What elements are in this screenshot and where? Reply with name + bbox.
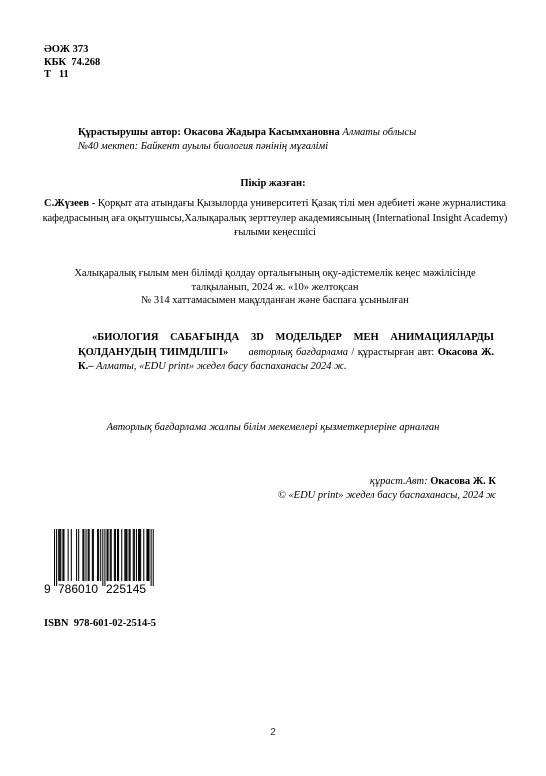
review-heading: Пікір жазған: <box>0 178 546 189</box>
author-label: Құрастырушы автор: <box>78 127 181 138</box>
approval-line-2: талқыланып, 2024 ж. «10» желтоқсан <box>40 281 510 295</box>
title-separator: / <box>348 347 358 358</box>
compiler-name-part1: Окасова Ж. <box>438 347 494 358</box>
copyright-block: құраст.Авт: Окасова Ж. К © «EDU print» ж… <box>278 475 496 503</box>
bibliographic-title-block: «БИОЛОГИЯ САБАҒЫНДА 3D МОДЕЛЬДЕР МЕН АНИ… <box>78 331 494 375</box>
classification-codes: ӘОЖ 373 КБК 74.268 Т 11 <box>44 44 100 82</box>
author-block: Құрастырушы автор: Окасова Жадыра Касымх… <box>78 126 518 154</box>
compiler-label: құраст.Авт: <box>370 476 428 487</box>
author-name: Окасова Жадыра Касымхановна <box>184 127 340 138</box>
program-type: авторлық бағдарлама <box>249 347 348 358</box>
compiler-name: Окасова Ж. К <box>430 476 496 487</box>
compiled-by-label: құрастырған авт: <box>358 347 438 358</box>
reviewer-block: С.Жүзеев - Қорқыт ата атындағы Қызылорда… <box>40 197 510 241</box>
reviewer-name: С.Жүзеев <box>44 198 89 209</box>
svg-text:786010: 786010 <box>58 582 98 595</box>
title-line-2: ҚОЛДАНУДЫҢ ТИІМДІЛІГІ» <box>78 347 228 358</box>
title-line-1: «БИОЛОГИЯ САБАҒЫНДА 3D МОДЕЛЬДЕР МЕН АНИ… <box>78 331 494 346</box>
approval-block: Халықаралық ғылым мен білімді қолдау орт… <box>40 267 510 308</box>
author-place: Алматы облысы <box>342 127 416 138</box>
approval-line-3: № 314 хаттамасымен мақұлданған және басп… <box>40 294 510 308</box>
isbn-number: ISBN 978-601-02-2514-5 <box>44 618 156 629</box>
isbn-barcode: 9786010225145 <box>44 529 156 595</box>
publisher-info: Алматы, «EDU print» жедел басу баспахана… <box>94 361 347 372</box>
svg-text:225145: 225145 <box>106 582 146 595</box>
reviewer-details: - Қорқыт ата атындағы Қызылорда универси… <box>43 198 508 238</box>
copyright-line: © «EDU print» жедел басу баспаханасы, 20… <box>278 489 496 503</box>
intended-audience: Авторлық бағдарлама жалпы білім мекемеле… <box>0 422 546 433</box>
author-mark: Т 11 <box>44 69 100 82</box>
barcode-graphic: 9786010225145 <box>44 529 156 595</box>
page-number: 2 <box>0 727 546 738</box>
compiler-name-part2: К.– <box>78 361 94 372</box>
lbc-code: КБК 74.268 <box>44 57 100 70</box>
author-position: №40 мектеп: Байкент ауылы биология пәнін… <box>78 140 518 154</box>
approval-line-1: Халықаралық ғылым мен білімді қолдау орт… <box>40 267 510 281</box>
udc-code: ӘОЖ 373 <box>44 44 100 57</box>
svg-text:9: 9 <box>44 582 51 595</box>
